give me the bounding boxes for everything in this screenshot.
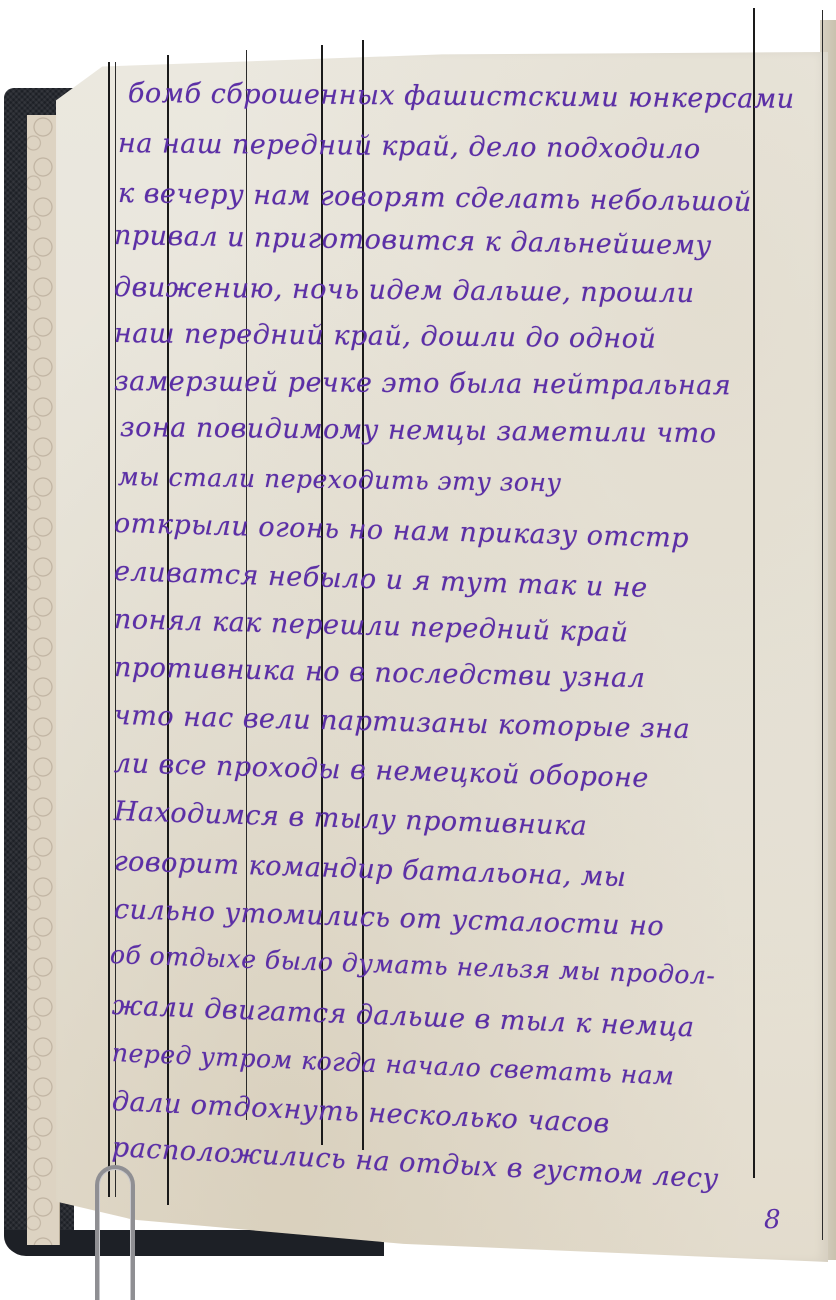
ledger-rule: [822, 10, 823, 1240]
handwritten-line: зона повидимому немцы заметили что: [120, 412, 717, 449]
handwritten-line: наш передний край, дошли до одной: [114, 318, 657, 355]
handwritten-line: бомб сброшенных фашистскими юнкерсами: [128, 78, 795, 115]
handwritten-line: мы стали переходить эту зону: [118, 462, 562, 497]
ledger-rule: [753, 8, 755, 1178]
diary-photo: бомб сброшенных фашистскими юнкерсами на…: [0, 0, 836, 1300]
handwritten-line: замерзшей речке это была нейтральная: [114, 366, 731, 401]
handwritten-line: движению, ночь идем дальше, прошли: [114, 272, 695, 309]
page-number: 8: [764, 1205, 781, 1235]
paperclip: [95, 1165, 135, 1300]
handwritten-line: на наш передний край, дело подходило: [118, 128, 701, 165]
ledger-rule: [108, 62, 110, 1197]
ornamental-endpaper: [27, 115, 60, 1245]
